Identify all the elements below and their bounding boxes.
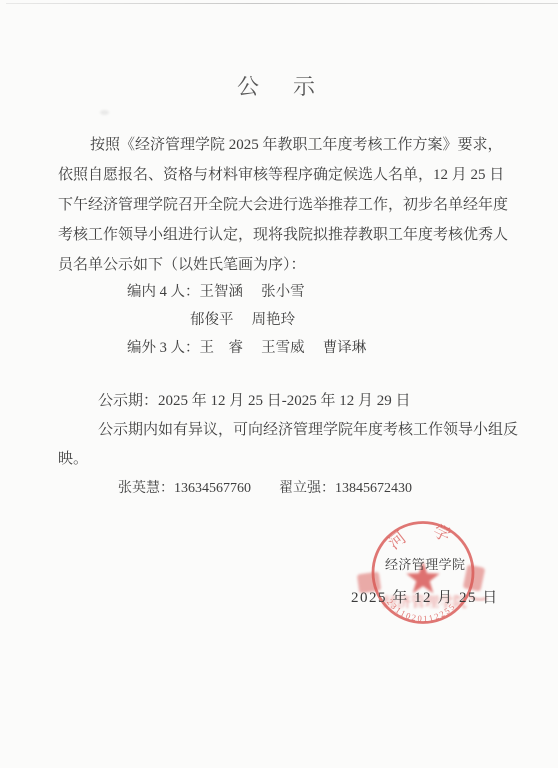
paragraph-line: 依照自愿报名、资格与材料审核等程序确定候选人名单，12 月 25 日 [58,160,504,190]
signature-organization: 经济管理学院 [385,554,465,573]
scan-edge-artifact [6,3,558,4]
paragraph-line: 考核工作领导小组进行认定，现将我院拟推荐教职工年度考核优秀人 [58,220,504,250]
names-inside-quota-row: 编内 4 人：王智涵 张小雪 [127,284,305,300]
contact-phones-line: 张英慧：13634567760 翟立强：13845672430 [58,474,504,503]
scan-speck [100,110,109,115]
notice-title: 公 示 [0,70,558,101]
notice-details-block: 公示期：2025 年 12 月 25 日-2025 年 12 月 29 日 公示… [58,387,504,503]
official-seal-stamp: 河 学 经济管理学院 2311020112255 [355,510,500,640]
intro-paragraph: 按照《经济管理学院 2025 年教职工年度考核工作方案》要求， 依照自愿报名、资… [58,130,504,280]
seal-arc-character-left: 河 [385,528,410,553]
publicity-period-line: 公示期：2025 年 12 月 25 日-2025 年 12 月 29 日 [58,387,504,416]
paragraph-line: 员名单公示如下（以姓氏笔画为序）： [58,250,504,280]
paragraph-line: 按照《经济管理学院 2025 年教职工年度考核工作方案》要求， [58,130,504,160]
names-inside-quota-row-2: 郁俊平 周艳玲 [190,312,295,328]
public-notice-document: 公 示 按照《经济管理学院 2025 年教职工年度考核工作方案》要求， 依照自愿… [0,0,558,768]
paragraph-line: 下午经济管理学院召开全院大会进行选举推荐工作，初步名单经年度 [58,190,504,220]
objection-line: 公示期内如有异议，可向经济管理学院年度考核工作领导小组反 [58,416,504,445]
names-outside-quota-row: 编外 3 人：王 睿 王雪威 曹译琳 [127,340,366,356]
objection-line-continued: 映。 [58,445,504,474]
signature-date: 2025 年 12 月 25 日 [351,586,499,607]
